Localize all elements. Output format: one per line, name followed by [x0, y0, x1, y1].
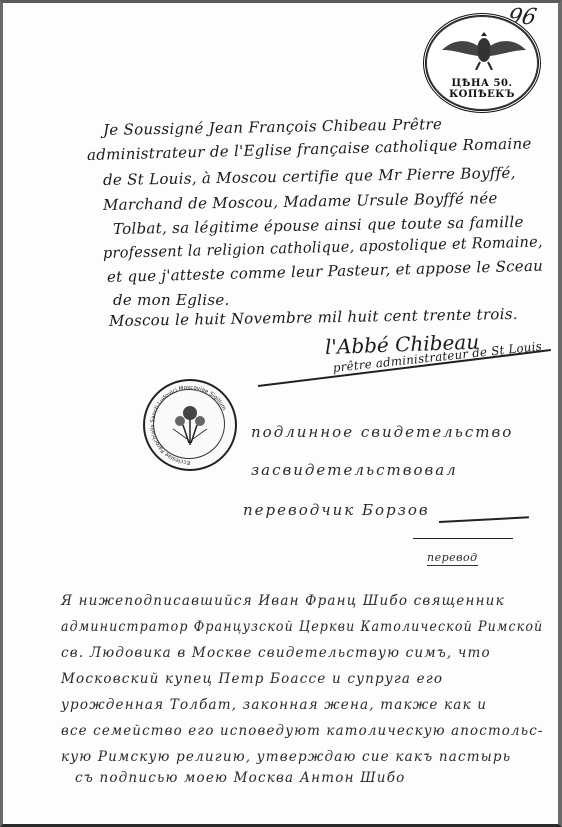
attestation-underline — [413, 538, 513, 539]
russian-attestation-line-1: подлинное свидетельство — [251, 423, 513, 441]
svg-text:Ecclesiae Parochialis Sancti L: Ecclesiae Parochialis Sancti Ludovici Mo… — [150, 385, 227, 465]
parish-seal: Ecclesiae Parochialis Sancti Ludovici Mo… — [143, 379, 237, 471]
russian-translation-line-4: Московский купец Петр Боассе и супруга е… — [61, 671, 443, 687]
french-line-7: et que j'atteste comme leur Pasteur, et … — [107, 257, 544, 286]
russian-translation-line-7: кую Римскую религию, утверждаю сие какъ … — [61, 749, 511, 765]
french-line-2: administrateur de l'Eglise française cat… — [87, 134, 532, 164]
russian-translation-line-5: урожденная Толбат, законная жена, также … — [61, 697, 487, 713]
russian-translation-line-2: администратор Французской Церкви Католич… — [61, 619, 543, 635]
russian-translation-line-8: съ подписью моею Москва Антон Шибо — [75, 770, 405, 786]
french-line-3: de St Louis, à Moscou certifie que Mr Pi… — [103, 164, 516, 189]
russian-translation-line-6: все семейство его исповедуют католическу… — [61, 723, 544, 739]
russian-translation-line-1: Я нижеподписавшийся Иван Франц Шибо свящ… — [61, 593, 505, 609]
translation-label: перевод — [427, 551, 478, 566]
seal-legend: Ecclesiae Parochialis Sancti Ludovici Mo… — [145, 381, 235, 469]
revenue-stamp: ЦѢНА 50. КОПѢЕКЪ — [423, 13, 541, 113]
russian-attestation-line-2: засвидетельствовал — [251, 461, 458, 479]
russian-translation-line-3: св. Людовика в Москве свидетельствую сим… — [61, 645, 491, 661]
attestation-flourish — [439, 516, 529, 522]
french-line-8: de mon Eglise. — [113, 291, 230, 309]
stamp-price-line: ЦѢНА 50. — [452, 78, 513, 89]
document-page: 96 ЦѢНА 50. КОПѢЕКЪ Je Soussigné Jean Fr… — [0, 0, 562, 827]
russian-attestation-line-3: переводчик Борзов — [243, 501, 430, 519]
french-line-1: Je Soussigné Jean François Chibeau Prêtr… — [103, 115, 442, 139]
stamp-currency-line: КОПѢЕКЪ — [449, 89, 515, 100]
double-headed-eagle-icon — [440, 28, 528, 70]
french-line-4: Marchand de Moscou, Madame Ursule Boyffé… — [103, 189, 498, 214]
